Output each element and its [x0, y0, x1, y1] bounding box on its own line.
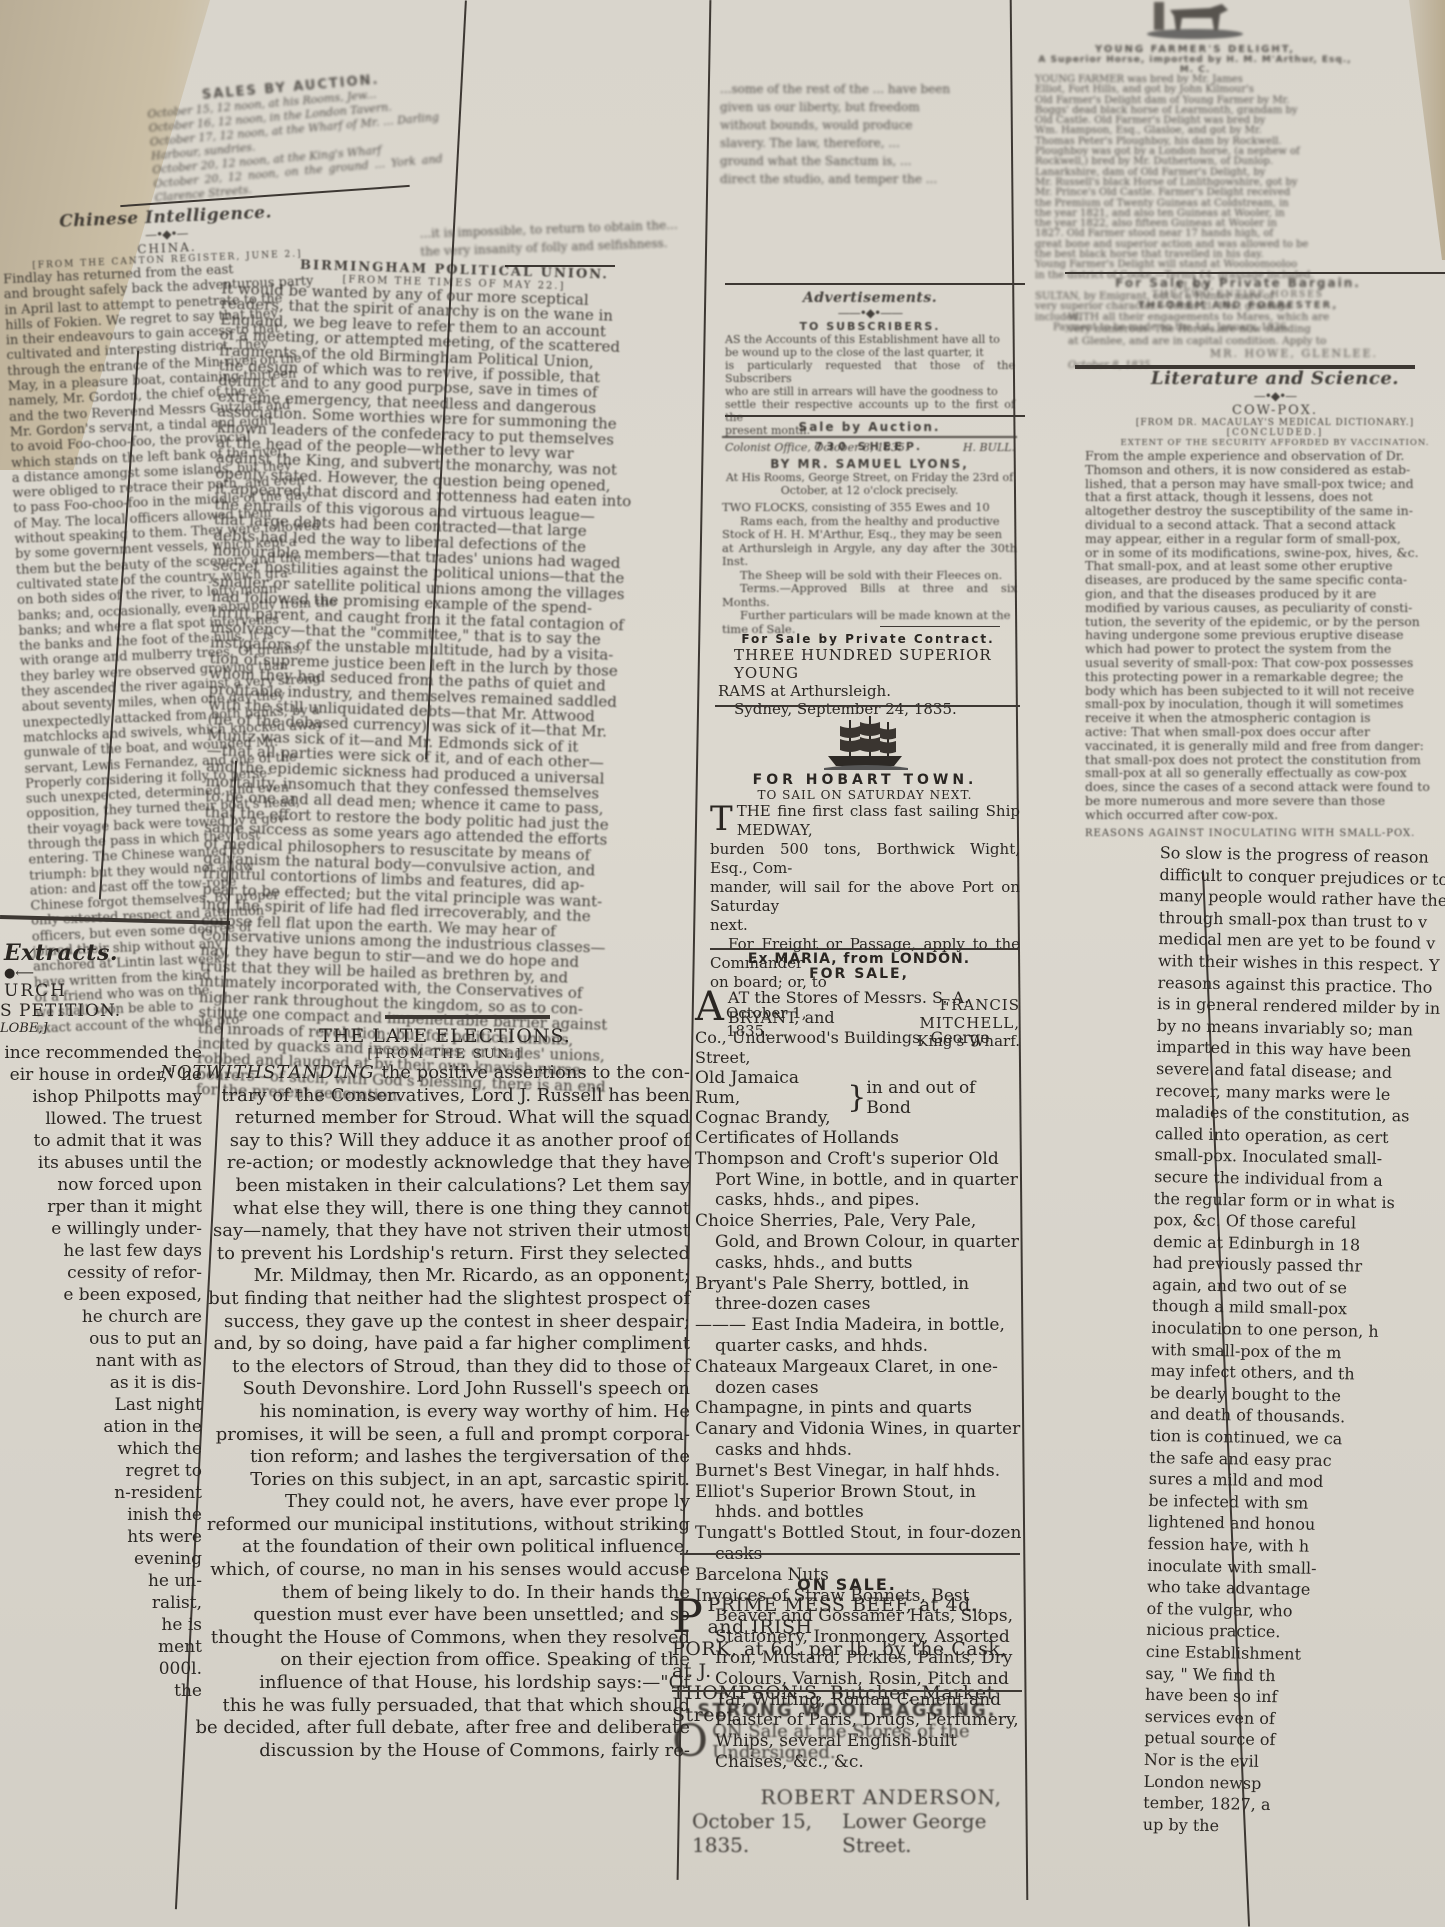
text-line: influence of that House, his lordship sa… — [50, 1672, 690, 1695]
text-line: Thomson and others, it is now considered… — [1085, 463, 1445, 477]
text-line: trary of the Conservatives, Lord J. Russ… — [50, 1085, 690, 1108]
text-line: which occurred after cow-pox. — [1085, 808, 1445, 822]
text-line: modified by various causes, as peculiari… — [1085, 601, 1445, 615]
section-rule — [385, 1015, 550, 1019]
article-source: [FROM THE SUN.] — [50, 1047, 690, 1062]
text-line: which, of course, no man in his senses w… — [50, 1559, 690, 1582]
auctioneer: BY MR. SAMUEL LYONS, — [722, 457, 1017, 471]
article-title: THE LATE ELECTIONS. — [50, 1025, 690, 1047]
text-line: tion reform; and lashes the tergiversati… — [50, 1446, 690, 1469]
ad-subtitle: TO SAIL ON SATURDAY NEXT. — [710, 788, 1020, 802]
literature-science-article: Literature and Science. —•◆•— COW-POX. [… — [1085, 368, 1445, 839]
text-line: small-pox at all so generally effectuall… — [1085, 766, 1445, 780]
text-line: on their ejection from office. Speaking … — [50, 1649, 690, 1672]
text-line: that a first attack, though it lessens, … — [1085, 490, 1445, 504]
text-line: say—namely, that they have not striven t… — [50, 1220, 690, 1243]
text-line: reformed our municipal institutions, wit… — [50, 1514, 690, 1537]
text-line: altogether destroy the susceptibility of… — [1085, 504, 1445, 518]
ad-title: YOUNG FARMER'S DELIGHT, — [1035, 44, 1355, 55]
ad-item: ——— East India Madeira, in bottle, quart… — [695, 1315, 1023, 1357]
text-line: question must ever have been unsettled; … — [50, 1604, 690, 1627]
ad-title: For Sale by Private Bargain. — [1068, 276, 1408, 290]
text-line: and, by so doing, have paid a far higher… — [50, 1333, 690, 1356]
text-line: gion, and that the diseases produced by … — [1085, 587, 1445, 601]
text-line: NOTWITHSTANDING the positive assertions … — [50, 1062, 690, 1085]
text-line: say to this? Will they adduce it as anot… — [50, 1130, 690, 1153]
text-line: small-pox by inoculation, though it will… — [1085, 697, 1445, 711]
text-line: be decided, after full debate, after fre… — [50, 1717, 690, 1740]
ad-item: Tungatt's Bottled Stout, in four-dozen c… — [695, 1523, 1023, 1565]
section-rule — [680, 1553, 1020, 1555]
article-subhead: REASONS AGAINST INOCULATING WITH SMALL-P… — [1085, 828, 1445, 839]
text-line: having undergone some previous eruptive … — [1085, 628, 1445, 642]
ad-item: Certificates of Hollands — [695, 1128, 1023, 1149]
text-line: or in some of its modifications, swine-p… — [1085, 546, 1445, 560]
top-fragment: ...it is impossible, to return to obtain… — [419, 215, 690, 260]
private-bargain-ad: For Sale by Private Bargain. THE TWO ENT… — [1068, 276, 1408, 371]
text-line: That small-pox, and at least some other … — [1085, 559, 1445, 573]
section-rule — [725, 415, 1025, 417]
article-body: It would be wanted by any of our more sc… — [196, 281, 686, 1112]
text-line: tution, the severity of the epidemic, or… — [1085, 615, 1445, 629]
horse-icon — [1035, 0, 1355, 44]
extract-headline: URCH — [0, 981, 202, 1001]
text-line: re-action; or modestly acknowledge that … — [50, 1152, 690, 1175]
text-line: may appear, either in a regular form of … — [1085, 532, 1445, 546]
ad-subtitle: 730 SHEEP. — [722, 440, 1017, 453]
late-elections-article: THE LATE ELECTIONS. [FROM THE SUN.] NOTW… — [50, 1025, 690, 1762]
text-line: at the foundation of their own political… — [50, 1536, 690, 1559]
advertisements-heading: Advertisements. — [725, 290, 1015, 306]
text-line: but finding that neither had the slighte… — [50, 1288, 690, 1311]
ad-item: Canary and Vidonia Wines, in quarter cas… — [695, 1419, 1023, 1461]
article-title: COW-POX. — [1085, 403, 1445, 418]
text-line: been mistaken in their calculations? Let… — [50, 1175, 690, 1198]
signatory: ROBERT ANDERSON, — [672, 1785, 1022, 1809]
section-rule — [710, 948, 1020, 950]
section-rule — [672, 1690, 1022, 1692]
ad-item: Burnet's Best Vinegar, in half hhds. — [695, 1461, 1023, 1482]
article-body: From the ample experience and observatio… — [1085, 449, 1445, 822]
col3-top-fragment: ...some of the rest of the ... have been… — [720, 80, 1010, 188]
ad-title: STRONG WOOL BAGGING. — [672, 1700, 1022, 1721]
text-line: which had power to protect the system fr… — [1085, 642, 1445, 656]
article-body: So slow is the progress of reasondifficu… — [1143, 842, 1445, 1840]
section-rule — [1065, 272, 1445, 274]
text-line: lished, that a person may have small-pox… — [1085, 477, 1445, 491]
extracts-heading: Extracts. — [0, 940, 202, 966]
lead-word: NOTWITHSTANDING — [160, 1062, 381, 1083]
text-line: returned member for Stroud. What will th… — [50, 1107, 690, 1130]
text-line: what else they will, there is one thing … — [50, 1198, 690, 1221]
brace-glyph: } — [847, 1083, 866, 1113]
ship-icon — [820, 712, 910, 772]
ad-title: TO SUBSCRIBERS. — [725, 320, 1015, 333]
ornament-divider: ——•◆•—— — [725, 306, 1015, 320]
sale-by-auction-ad: Sale by Auction. 730 SHEEP. BY MR. SAMUE… — [722, 420, 1017, 636]
text-line: From the ample experience and observatio… — [1085, 449, 1445, 463]
horse-names: THEOREM AND FORRESTER, — [1068, 300, 1408, 311]
signatory: MR. HOWE, Glenlee. — [1068, 347, 1408, 360]
section-rule — [715, 705, 1020, 707]
signatory-address: Lower George Street. — [842, 1809, 1022, 1857]
ad-item: Chateaux Margeaux Claret, in one-dozen c… — [695, 1357, 1023, 1399]
literature-heading: Literature and Science. — [1085, 368, 1445, 389]
text-line: Tories on this subject, in an apt, sarca… — [50, 1469, 690, 1492]
text-line: up by the — [1143, 1814, 1443, 1841]
text-line: promises, it will be seen, a full and pr… — [50, 1424, 690, 1447]
ad-body: YOUNG FARMER was bred by Mr. JamesElliot… — [1035, 75, 1355, 281]
text-line: diseases, are produced by the same speci… — [1085, 573, 1445, 587]
reasons-article-continued: So slow is the progress of reasondifficu… — [1143, 842, 1445, 1840]
text-line: his nomination, is every way worthy of h… — [50, 1401, 690, 1424]
ad-item: Choice Sherries, Pale, Very Pale, Gold, … — [695, 1211, 1023, 1273]
text-line: success, they gave up the contest in she… — [50, 1311, 690, 1334]
text-line: does, since the cases of a second attack… — [1085, 780, 1445, 794]
ad-title: Ex MARIA, from LONDON. — [695, 952, 1023, 967]
text-line: dividual to a second attack. That a seco… — [1085, 518, 1445, 532]
braced-items: Old Jamaica Rum, Cognac Brandy, } in and… — [695, 1068, 1023, 1128]
book-binding-right — [1385, 0, 1445, 260]
ad-subtitle: THE TWO ENTIRE HORSES — [1068, 290, 1408, 300]
text-line: this protecting power in a remarkable de… — [1085, 670, 1445, 684]
text-line: receive it when the atmospheric contagio… — [1085, 711, 1445, 725]
article-source: [FROM DR. MACAULAY'S MEDICAL DICTIONARY.… — [1085, 418, 1445, 428]
short-rule — [880, 626, 1000, 627]
ad-title: ON SALE. — [672, 1575, 1022, 1594]
article-body: NOTWITHSTANDING the positive assertions … — [50, 1062, 690, 1762]
birmingham-article: BIRMINGHAM POLITICAL UNION. [FROM THE TI… — [196, 255, 687, 1112]
text-line: usual severity of small-pox: That cow-po… — [1085, 656, 1445, 670]
text-line: They could not, he avers, have ever prop… — [50, 1491, 690, 1514]
ad-item: Champagne, in pints and quarts — [695, 1398, 1023, 1419]
section-rule — [725, 283, 1025, 285]
ad-title: For Sale by Private Contract. — [718, 632, 1018, 646]
text-line: them of being likely to do. In their han… — [50, 1582, 690, 1605]
text-line: this he was fully persuaded, that that w… — [50, 1695, 690, 1718]
article-status: [CONCLUDED.] — [1085, 428, 1445, 438]
text-line: that small-pox does not protect the cons… — [1085, 753, 1445, 767]
text-line: discussion by the House of Commons, fair… — [50, 1740, 690, 1763]
text-line: be more numerous and more severe than th… — [1085, 794, 1445, 808]
ad-item: Thompson and Croft's superior Old Port W… — [695, 1149, 1023, 1211]
ad-date: October 15, 1835. — [672, 1809, 842, 1857]
newspaper-page: SALES BY AUCTION. October 15, 12 noon, a… — [0, 0, 1445, 1927]
ornament-divider: ●⟵ — [0, 966, 202, 981]
ad-subtitle: FOR SALE, — [695, 967, 1023, 982]
text-line: South Devonshire. Lord John Russell's sp… — [50, 1378, 690, 1401]
text-line: to prevent his Lordship's return. First … — [50, 1243, 690, 1266]
wool-bagging-ad: STRONG WOOL BAGGING. OON Sale at the Sto… — [672, 1700, 1022, 1857]
extract-headline: S PETITION. — [0, 1001, 202, 1021]
ad-item: Bryant's Pale Sherry, bottled, in three-… — [695, 1274, 1023, 1316]
ornament-divider: —•◆•— — [1085, 389, 1445, 403]
ad-subtitle: A Superior Horse, imported by H. M. M'Ar… — [1035, 55, 1355, 75]
text-line: to the electors of Stroud, than they did… — [50, 1356, 690, 1379]
text-line: Mr. Mildmay, then Mr. Ricardo, as an opp… — [50, 1265, 690, 1288]
text-line: active: That when small-pox does occur a… — [1085, 725, 1445, 739]
text-line: vaccinated, it is generally mild and fre… — [1085, 739, 1445, 753]
ad-item: Elliot's Superior Brown Stout, in hhds. … — [695, 1482, 1023, 1524]
text-line: body which has been subjected to it will… — [1085, 684, 1445, 698]
ad-title: Sale by Auction. — [722, 420, 1017, 434]
text-line: thought the House of Commons, when they … — [50, 1627, 690, 1650]
ad-title: FOR HOBART TOWN. — [710, 772, 1020, 788]
